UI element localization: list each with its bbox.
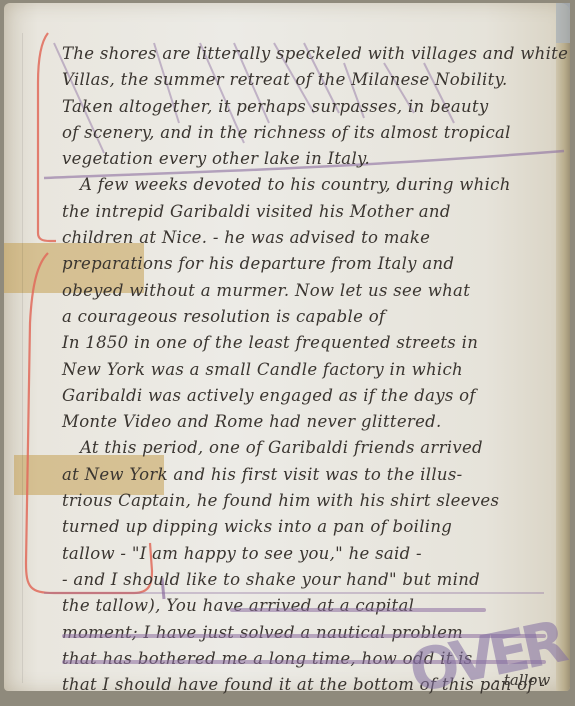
text-line: obeyed without a murmer. Now let us see … bbox=[62, 278, 546, 304]
text-line: Taken altogether, it perhaps surpasses, … bbox=[62, 94, 546, 120]
text-line: The shores are litterally speckeled with… bbox=[62, 41, 546, 67]
text-line: At this period, one of Garibaldi friends… bbox=[62, 435, 546, 461]
text-line: New York was a small Candle factory in w… bbox=[62, 357, 546, 383]
text-line: Garibaldi was actively engaged as if the… bbox=[62, 383, 546, 409]
text-line: at New York and his first visit was to t… bbox=[62, 462, 546, 488]
text-line: children at Nice. - he was advised to ma… bbox=[62, 225, 546, 251]
text-line: - and I should like to shake your hand" … bbox=[62, 567, 546, 593]
text-line-struck: the tallow), You have arrived at a capit… bbox=[62, 593, 546, 619]
text-line: a courageous resolution is capable of bbox=[62, 304, 546, 330]
text-line: trious Captain, he found him with his sh… bbox=[62, 488, 546, 514]
text-line: Monte Video and Rome had never glittered… bbox=[62, 409, 546, 435]
text-line: preparations for his departure from Ital… bbox=[62, 251, 546, 277]
text-line: Villas, the summer retreat of the Milane… bbox=[62, 67, 546, 93]
text-line: tallow - "I am happy to see you," he sai… bbox=[62, 541, 546, 567]
text-line: turned up dipping wicks into a pan of bo… bbox=[62, 514, 546, 540]
text-line: of scenery, and in the richness of its a… bbox=[62, 120, 546, 146]
final-word: - tallow bbox=[494, 671, 550, 689]
text-line: vegetation every other lake in Italy. bbox=[62, 146, 546, 172]
text-line: A few weeks devoted to his country, duri… bbox=[62, 172, 546, 198]
manuscript-text: The shores are litterally speckeled with… bbox=[62, 41, 546, 693]
text-line: the intrepid Garibaldi visited his Mothe… bbox=[62, 199, 546, 225]
manuscript-page: The shores are litterally speckeled with… bbox=[4, 3, 570, 691]
text-line: In 1850 in one of the least frequented s… bbox=[62, 330, 546, 356]
